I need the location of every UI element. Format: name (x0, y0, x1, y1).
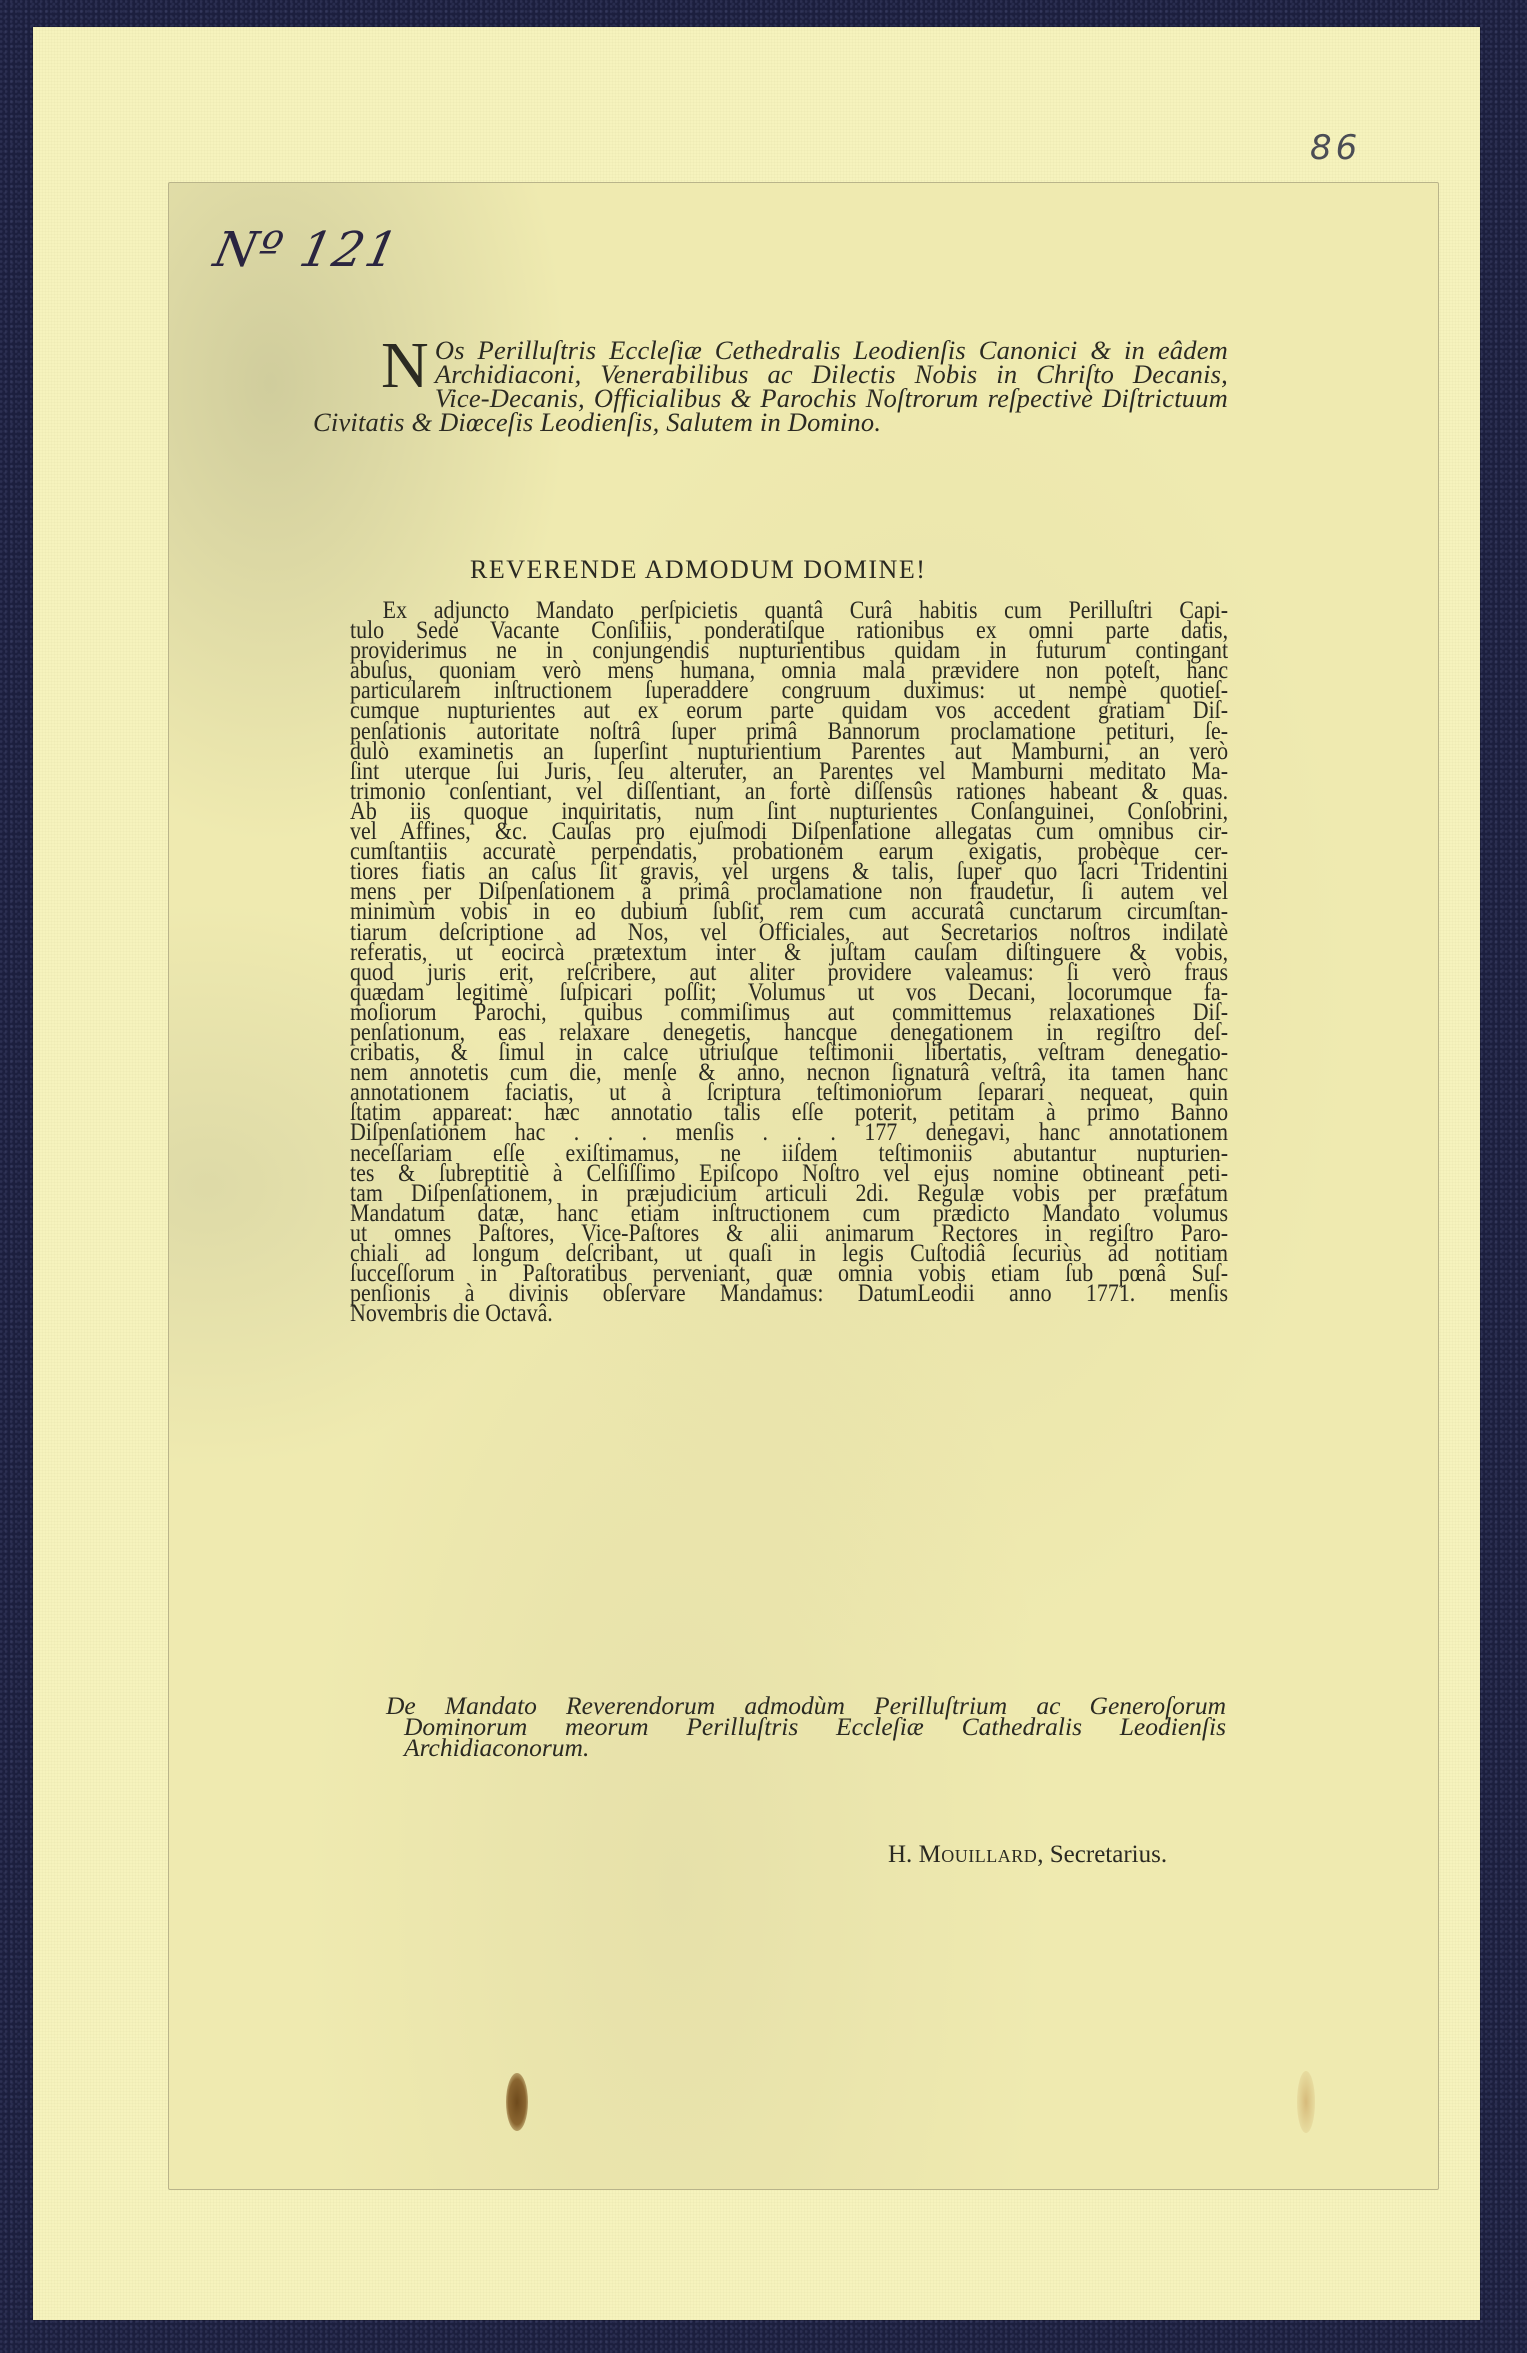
signature-title: , Secretarius. (1037, 1841, 1167, 1868)
letter-heading: REVERENDE ADMODUM DOMINE! (470, 555, 926, 585)
dropcap: N (381, 340, 429, 392)
salutation-block: N Os Perilluſtris Eccleſiæ Cethedralis L… (383, 338, 1228, 434)
signature-initial: H. (888, 1841, 912, 1868)
signature-name: Mouillard (919, 1841, 1038, 1868)
signature: H. Mouillard, Secretarius. (888, 1841, 1167, 1869)
closing-block: De Mandato Reverendorum admodùm Perilluſ… (386, 1695, 1226, 1758)
body-line: Novembris die Octavâ. (350, 1303, 1228, 1323)
folio-number: 86 (1310, 128, 1361, 168)
body-text: Ex adjuncto Mandato perſpicietis quantâ … (350, 600, 1228, 1323)
ink-stain (506, 2073, 528, 2131)
salutation-line: Civitatis & Diœceſis Leodienſis, Salutem… (313, 410, 1228, 434)
document-number-mark: Nº 121 (209, 222, 404, 278)
water-stain (1297, 2071, 1315, 2133)
